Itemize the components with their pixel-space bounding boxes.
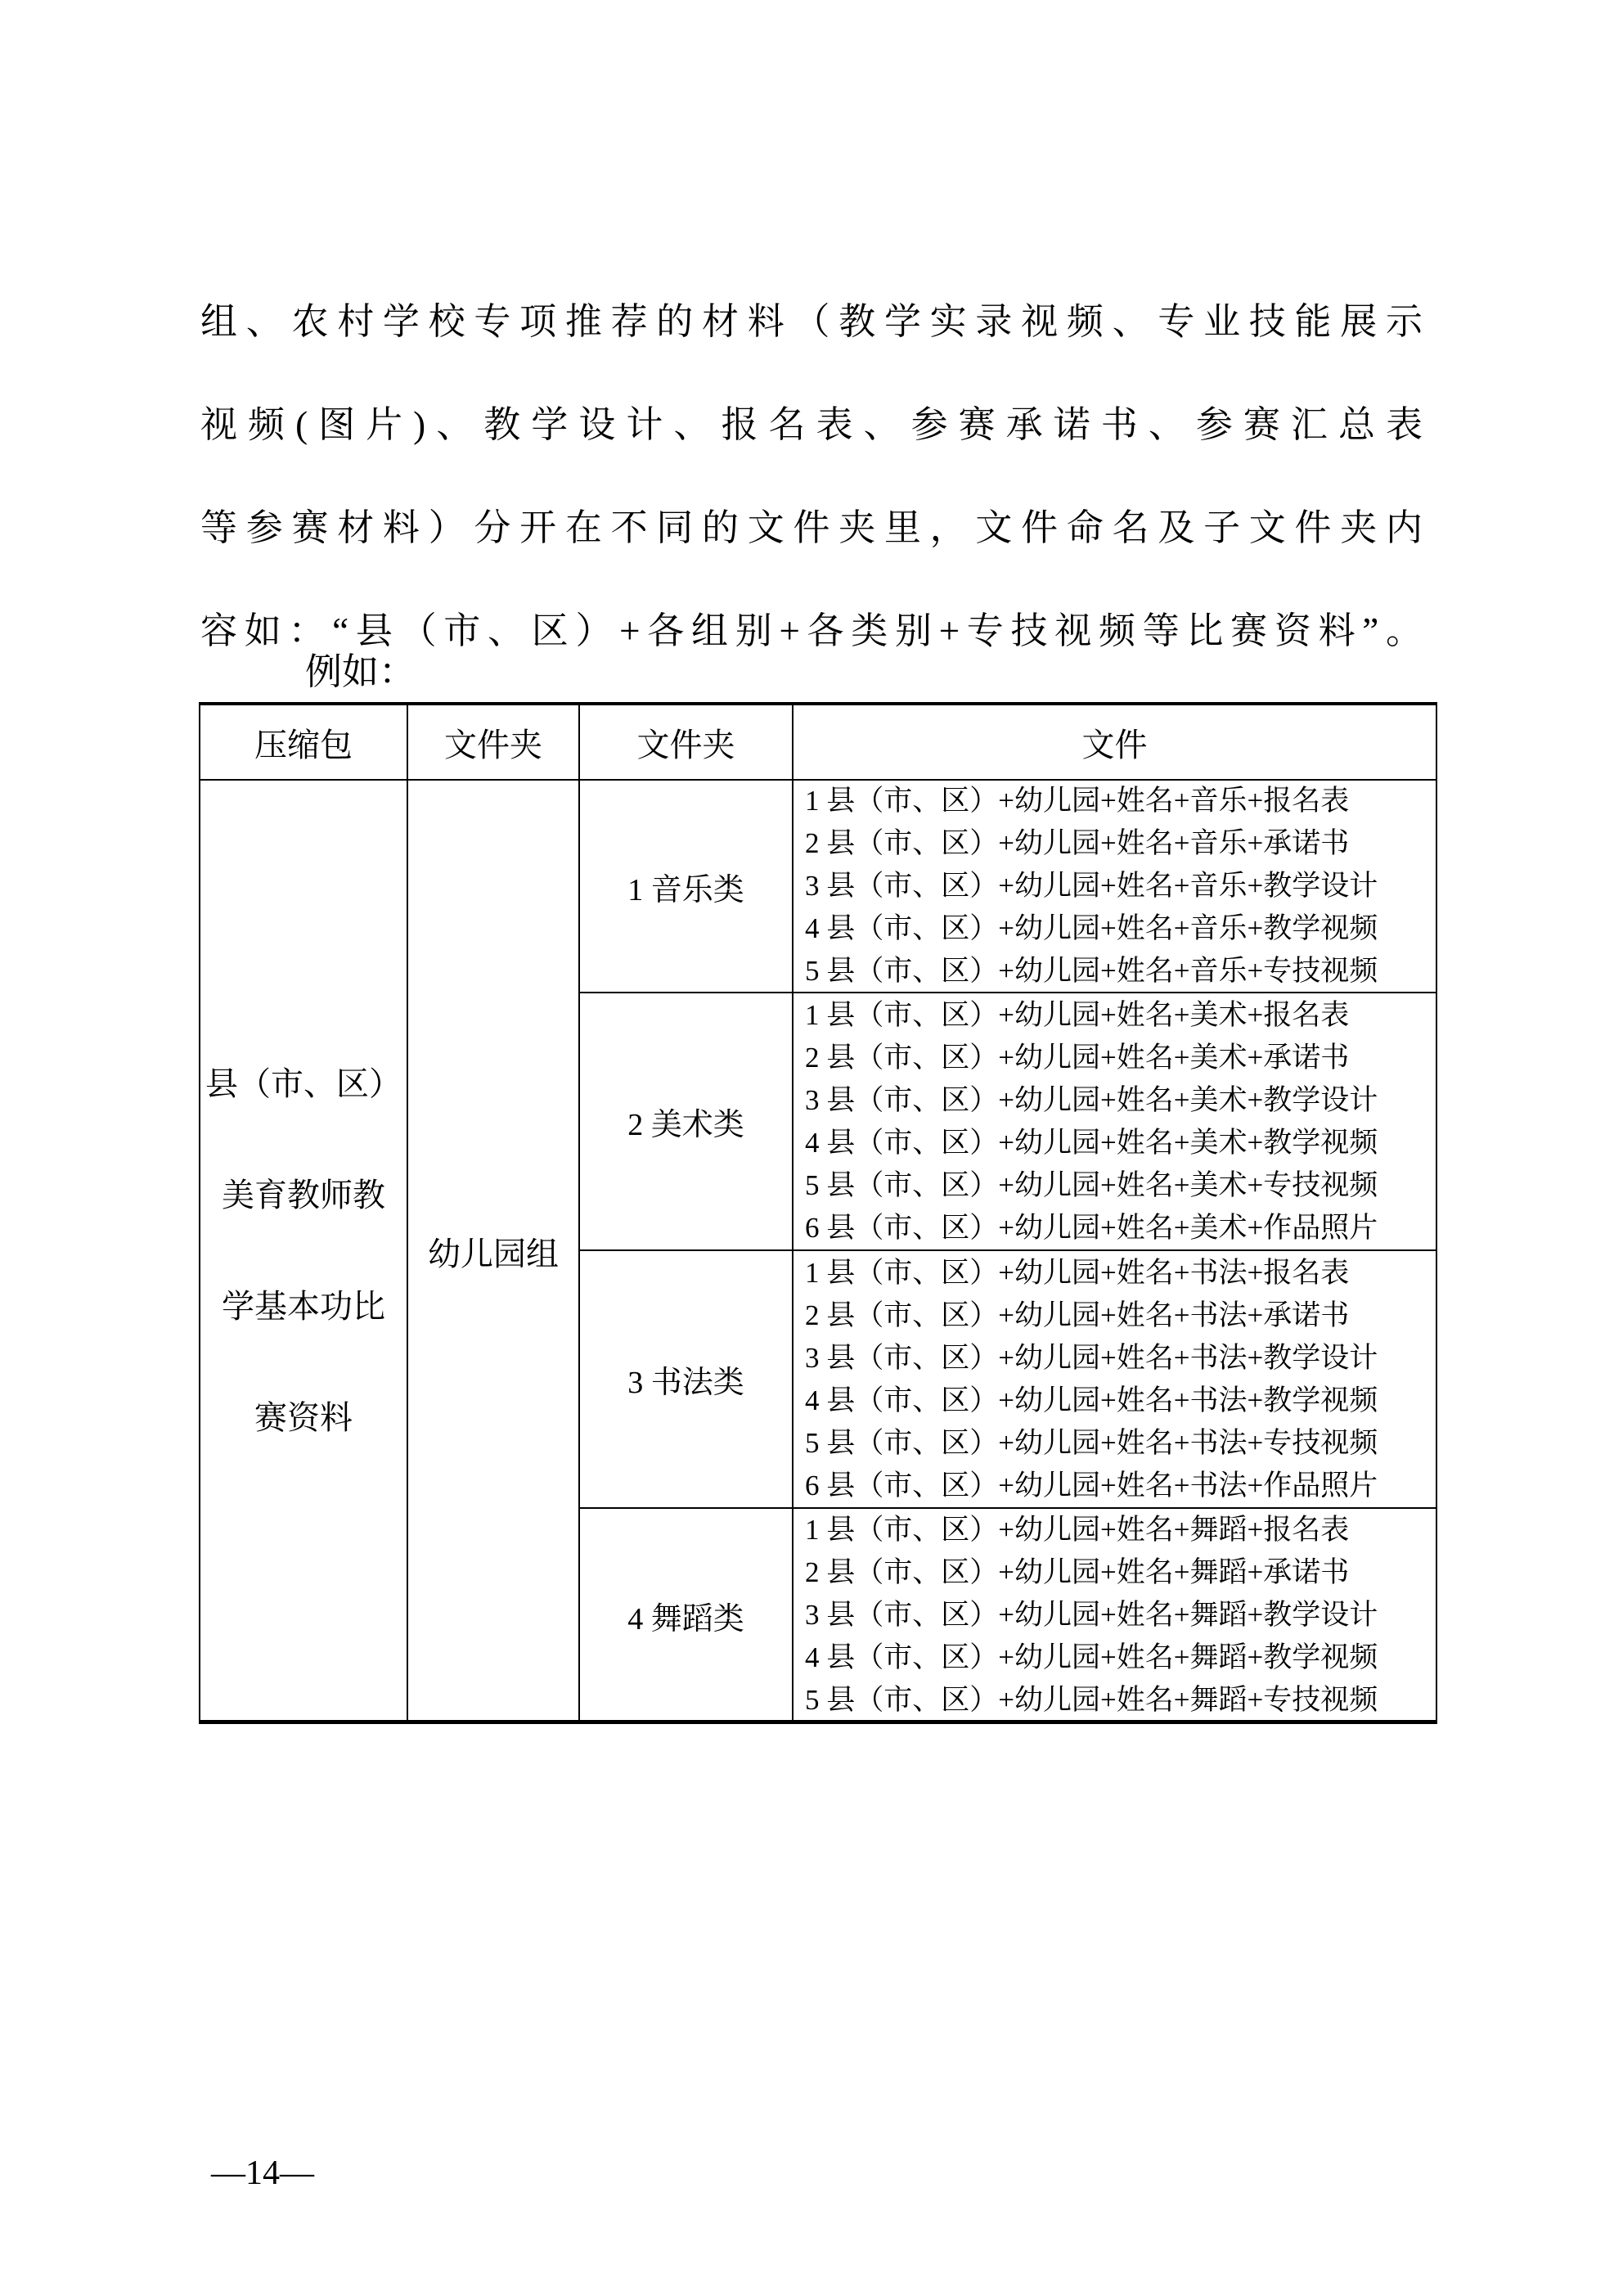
example-label: 例如： <box>305 652 416 691</box>
package-line: 赛资料 <box>254 1362 353 1474</box>
file-row: 3 县（市、区）+幼儿园+姓名+舞蹈+教学设计 <box>805 1594 1378 1636</box>
file-row: 2 县（市、区）+幼儿园+姓名+书法+承诺书 <box>805 1294 1349 1337</box>
file-row: 5 县（市、区）+幼儿园+姓名+美术+专技视频 <box>805 1164 1378 1207</box>
header-package: 压缩包 <box>200 705 408 781</box>
file-row: 3 县（市、区）+幼儿园+姓名+音乐+教学设计 <box>805 865 1378 907</box>
files-art: 1 县（市、区）+幼儿园+姓名+美术+报名表 2 县（市、区）+幼儿园+姓名+美… <box>794 993 1436 1251</box>
document-page: 组、农村学校专项推荐的材料（教学实录视频、专业技能展示 视频(图片)、教学设计、… <box>0 0 1623 2296</box>
file-row: 1 县（市、区）+幼儿园+姓名+书法+报名表 <box>805 1252 1349 1294</box>
header-file: 文件 <box>794 705 1436 781</box>
file-row: 4 县（市、区）+幼儿园+姓名+舞蹈+教学视频 <box>805 1636 1378 1679</box>
file-row: 2 县（市、区）+幼儿园+姓名+音乐+承诺书 <box>805 822 1349 865</box>
package-line: 学基本功比 <box>222 1251 385 1362</box>
body-paragraph: 组、农村学校专项推荐的材料（教学实录视频、专业技能展示 视频(图片)、教学设计、… <box>200 270 1423 682</box>
files-dance: 1 县（市、区）+幼儿园+姓名+舞蹈+报名表 2 县（市、区）+幼儿园+姓名+舞… <box>794 1509 1436 1722</box>
category-art: 2 美术类 <box>580 993 794 1251</box>
file-naming-table: 压缩包 文件夹 文件夹 文件 县（市、区） 美育教师教 学基本功比 赛资料 幼儿… <box>199 702 1437 1724</box>
file-row: 2 县（市、区）+幼儿园+姓名+美术+承诺书 <box>805 1037 1349 1079</box>
group-cell: 幼儿园组 <box>408 781 580 1722</box>
file-row: 3 县（市、区）+幼儿园+姓名+书法+教学设计 <box>805 1337 1378 1380</box>
paragraph-line: 等参赛材料）分开在不同的文件夹里，文件命名及子文件夹内 <box>200 476 1423 579</box>
files-music: 1 县（市、区）+幼儿园+姓名+音乐+报名表 2 县（市、区）+幼儿园+姓名+音… <box>794 781 1436 993</box>
files-calligraphy: 1 县（市、区）+幼儿园+姓名+书法+报名表 2 县（市、区）+幼儿园+姓名+书… <box>794 1251 1436 1509</box>
file-row: 5 县（市、区）+幼儿园+姓名+舞蹈+专技视频 <box>805 1679 1378 1722</box>
file-row: 4 县（市、区）+幼儿园+姓名+音乐+教学视频 <box>805 907 1378 950</box>
file-row: 3 县（市、区）+幼儿园+姓名+美术+教学设计 <box>805 1079 1378 1122</box>
file-row: 1 县（市、区）+幼儿园+姓名+音乐+报名表 <box>805 780 1349 822</box>
file-row: 1 县（市、区）+幼儿园+姓名+舞蹈+报名表 <box>805 1509 1349 1551</box>
header-folder-2: 文件夹 <box>580 705 794 781</box>
package-line: 美育教师教 <box>222 1140 385 1251</box>
file-row: 2 县（市、区）+幼儿园+姓名+舞蹈+承诺书 <box>805 1551 1349 1594</box>
page-number: —14— <box>211 2152 314 2195</box>
file-row: 6 县（市、区）+幼儿园+姓名+美术+作品照片 <box>805 1207 1378 1249</box>
paragraph-line: 组、农村学校专项推荐的材料（教学实录视频、专业技能展示 <box>200 270 1423 373</box>
file-row: 4 县（市、区）+幼儿园+姓名+美术+教学视频 <box>805 1122 1378 1164</box>
package-line: 县（市、区） <box>205 1029 402 1140</box>
package-cell: 县（市、区） 美育教师教 学基本功比 赛资料 <box>200 781 408 1722</box>
file-row: 4 县（市、区）+幼儿园+姓名+书法+教学视频 <box>805 1380 1378 1422</box>
file-row: 5 县（市、区）+幼儿园+姓名+音乐+专技视频 <box>805 950 1378 993</box>
paragraph-line: 视频(图片)、教学设计、报名表、参赛承诺书、参赛汇总表 <box>200 373 1423 476</box>
category-calligraphy: 3 书法类 <box>580 1251 794 1509</box>
category-dance: 4 舞蹈类 <box>580 1509 794 1722</box>
category-music: 1 音乐类 <box>580 781 794 993</box>
header-folder-1: 文件夹 <box>408 705 580 781</box>
file-row: 6 县（市、区）+幼儿园+姓名+书法+作品照片 <box>805 1465 1378 1507</box>
file-row: 5 县（市、区）+幼儿园+姓名+书法+专技视频 <box>805 1422 1378 1465</box>
file-row: 1 县（市、区）+幼儿园+姓名+美术+报名表 <box>805 994 1349 1037</box>
